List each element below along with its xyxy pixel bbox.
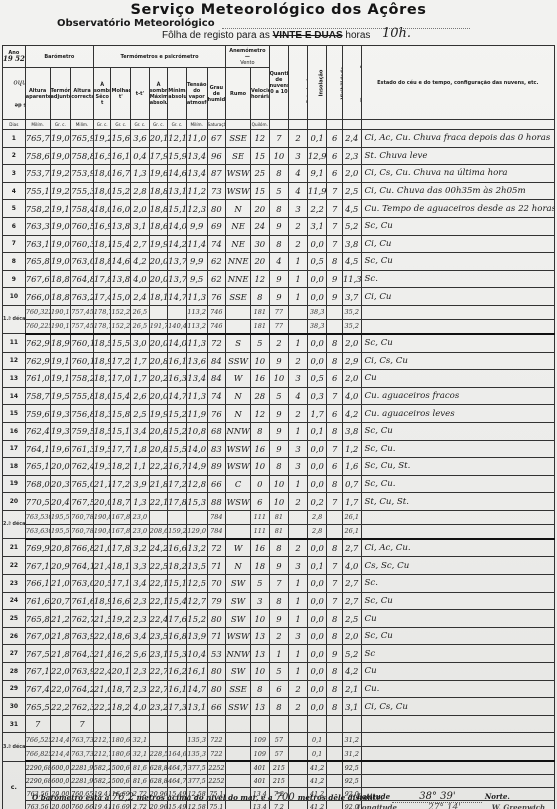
value-cell-seco: 22,2 bbox=[93, 698, 111, 716]
value-cell-visib: 7 bbox=[327, 387, 343, 405]
summary-cell: 228,5 bbox=[149, 747, 168, 762]
summary-cell: 35,2 bbox=[342, 319, 361, 334]
value-cell-alt_cor: 760,18 bbox=[71, 334, 94, 352]
summary-label: 3.ª década bbox=[3, 733, 26, 762]
observation-rows: 1765,7519,0765,9819,215,63,620,112,111,0… bbox=[3, 130, 555, 809]
day-cell: 13 bbox=[3, 370, 26, 388]
value-cell-evap: 2,4 bbox=[342, 130, 361, 148]
summary-cell: 766,825 bbox=[25, 747, 50, 762]
value-cell-rumo: N bbox=[226, 200, 251, 218]
value-cell-alt_cor: 765,98 bbox=[71, 130, 94, 148]
value-cell-tensao: 14,0 bbox=[186, 440, 207, 458]
sky-remark: Cu. Tempo de aguaceiros desde as 22 hora… bbox=[361, 200, 554, 218]
value-cell-alt_ap: 765,80 bbox=[25, 253, 50, 271]
table-row: 12762,9019,1760,1118,917,21,720,816,113,… bbox=[3, 352, 555, 370]
sky-remark: Ci, Cu. Chuva das 00h35m às 2h05m bbox=[361, 182, 554, 200]
sky-remark: Ci, Ac, Cu. bbox=[361, 539, 554, 557]
value-cell-rumo: WSW bbox=[226, 165, 251, 183]
value-cell-insol: 0,0 bbox=[307, 645, 327, 663]
value-cell-insol: 0,0 bbox=[307, 610, 327, 628]
value-cell-insol: 0,5 bbox=[307, 370, 327, 388]
value-cell-vel: 16 bbox=[250, 539, 269, 557]
value-cell-vel: 5 bbox=[250, 575, 269, 593]
value-cell-nuv: 2 bbox=[269, 334, 289, 352]
value-cell-alt_cor: 758,87 bbox=[71, 147, 94, 165]
day-cell: 22 bbox=[3, 557, 26, 575]
summary-cell: 2281,960 bbox=[71, 761, 94, 775]
value-cell-insol: 0,0 bbox=[307, 575, 327, 593]
value-cell-alt_ap: 758,65 bbox=[25, 147, 50, 165]
value-cell-dif: 2,5 bbox=[131, 405, 150, 423]
value-cell-humid: 73 bbox=[207, 182, 226, 200]
table-row: 24761,6520,7761,6018,916,62,322,115,412,… bbox=[3, 592, 555, 610]
value-cell-dif: 2,3 bbox=[131, 663, 150, 681]
value-cell-tensao: 11,3 bbox=[186, 334, 207, 352]
value-cell-molh: 15,5 bbox=[111, 334, 131, 352]
observatory-fill-line bbox=[222, 28, 470, 29]
value-cell-tensao: 11,3 bbox=[186, 288, 207, 306]
table-row: 29767,4022,0764,2421,018,72,322,716,114,… bbox=[3, 680, 555, 698]
value-cell-alt_ap: 765,80 bbox=[25, 610, 50, 628]
value-cell-min: 16,3 bbox=[168, 370, 187, 388]
day-cell: 11 bbox=[3, 334, 26, 352]
value-cell-mar: 3 bbox=[289, 627, 308, 645]
value-cell-mar: 2 bbox=[289, 698, 308, 716]
value-cell-molh: 17,0 bbox=[111, 370, 131, 388]
value-cell-alt_ap: 758,20 bbox=[25, 200, 50, 218]
value-cell-rumo: SSE bbox=[226, 130, 251, 148]
summary-cell: 32,1 bbox=[131, 733, 150, 747]
summary-cell: 2290,680 bbox=[25, 761, 50, 775]
header-visibility: Visibilidade bbox=[327, 46, 343, 120]
sky-remark: Sc, Cu. bbox=[361, 475, 554, 493]
day-cell: 19 bbox=[3, 475, 26, 493]
value-cell-nuv: 6 bbox=[269, 680, 289, 698]
value-cell-dif: 2,8 bbox=[131, 182, 150, 200]
table-row: 4755,1019,2755,3218,015,22,818,813,111,2… bbox=[3, 182, 555, 200]
summary-cell: 190,8 bbox=[93, 524, 111, 539]
value-cell-evap: 5,2 bbox=[342, 217, 361, 235]
value-cell-seco: 16,5 bbox=[93, 147, 111, 165]
value-cell-mar: 2 bbox=[289, 352, 308, 370]
value-cell-t_adj: 19,1 bbox=[50, 370, 71, 388]
table-row: 25765,8021,2762,7521,519,22,322,417,615,… bbox=[3, 610, 555, 628]
value-cell-visib: 7 bbox=[327, 182, 343, 200]
value-cell-alt_cor: 755,32 bbox=[71, 182, 94, 200]
value-cell-min: 17,3 bbox=[168, 698, 187, 716]
value-cell-insol: 0,0 bbox=[307, 627, 327, 645]
value-cell-nuv: 1 bbox=[269, 645, 289, 663]
summary-cell bbox=[226, 524, 251, 539]
value-cell-dif: 4,0 bbox=[131, 698, 150, 716]
sheet-label-prefix: Fôlha de registo para as bbox=[162, 30, 270, 41]
value-cell-tensao: 12,7 bbox=[186, 592, 207, 610]
value-cell-seco: 18,0 bbox=[93, 387, 111, 405]
value-cell-rumo: NNE bbox=[226, 270, 251, 288]
value-cell-dif: 3,2 bbox=[131, 539, 150, 557]
value-cell-mar: 1 bbox=[289, 334, 308, 352]
summary-label: 1.ª década bbox=[3, 305, 26, 334]
value-cell-visib: 8 bbox=[327, 422, 343, 440]
barometer-note: O barómetro está a 76,2 metros acima do … bbox=[32, 792, 383, 803]
value-cell-humid: 72 bbox=[207, 539, 226, 557]
day-cell: 5 bbox=[3, 200, 26, 218]
unit-cell: Saturação = 100 bbox=[207, 120, 226, 130]
day-cell: 2 bbox=[3, 147, 26, 165]
day-cell: 10 bbox=[3, 288, 26, 306]
value-cell-visib: 8 bbox=[327, 475, 343, 493]
value-cell-tensao: 9,9 bbox=[186, 253, 207, 271]
value-cell-alt_cor: 758,27 bbox=[71, 370, 94, 388]
value-cell-seco: 18,7 bbox=[93, 370, 111, 388]
value-cell-dif: 3,1 bbox=[131, 217, 150, 235]
summary-cell bbox=[327, 319, 343, 334]
sky-remark: Cu bbox=[361, 370, 554, 388]
value-cell-rumo: SE bbox=[226, 147, 251, 165]
value-cell-t_adj: 19,3 bbox=[50, 422, 71, 440]
summary-cell: 377,5 bbox=[186, 775, 207, 788]
value-cell-evap: 4,5 bbox=[342, 200, 361, 218]
value-cell-tensao: 15,2 bbox=[186, 610, 207, 628]
value-cell-max: 22,1 bbox=[149, 493, 168, 511]
sky-remark: Ci, Cs, Cu bbox=[361, 698, 554, 716]
summary-cell bbox=[226, 733, 251, 747]
summary-cell bbox=[149, 733, 168, 747]
value-cell-humid: 89 bbox=[207, 458, 226, 476]
summary-remark bbox=[361, 733, 554, 747]
sky-remark: Sc, Cu, St. bbox=[361, 458, 554, 476]
summary-cell bbox=[226, 775, 251, 788]
barometer-distance: 700 bbox=[275, 792, 295, 803]
value-cell-t_adj: 20,9 bbox=[50, 557, 71, 575]
summary-cell: 401 bbox=[250, 761, 269, 775]
summary-cell bbox=[226, 510, 251, 524]
value-cell-tensao: 13,2 bbox=[186, 539, 207, 557]
value-cell-alt_ap: 764,15 bbox=[25, 440, 50, 458]
value-cell-max: 18,8 bbox=[149, 182, 168, 200]
value-cell-humid: 68 bbox=[207, 422, 226, 440]
summary-cell: 212,7 bbox=[93, 747, 111, 762]
value-cell-t_adj: 22,0 bbox=[50, 663, 71, 681]
summary-remark bbox=[361, 775, 554, 788]
value-cell-max: 19,9 bbox=[149, 235, 168, 253]
value-cell-vel: 8 bbox=[250, 422, 269, 440]
value-cell-seco: 21,8 bbox=[93, 645, 111, 663]
value-cell-mar: 1 bbox=[289, 475, 308, 493]
value-cell-humid: 96 bbox=[207, 147, 226, 165]
value-cell-min: 14,0 bbox=[168, 334, 187, 352]
value-cell-vel: 10 bbox=[250, 458, 269, 476]
value-cell-dif: 2,4 bbox=[131, 288, 150, 306]
value-cell-seco: 18,3 bbox=[93, 405, 111, 423]
table-row: 17764,1519,6761,3019,517,71,820,815,514,… bbox=[3, 440, 555, 458]
value-cell-alt_ap: 767,00 bbox=[25, 627, 50, 645]
value-cell-seco: 19,5 bbox=[93, 440, 111, 458]
summary-cell: 212,7 bbox=[93, 733, 111, 747]
value-cell-humid: 87 bbox=[207, 165, 226, 183]
value-cell-mar: 3 bbox=[289, 147, 308, 165]
value-cell-tensao: 11,0 bbox=[186, 130, 207, 148]
value-cell-min bbox=[168, 715, 187, 733]
value-cell-tensao: 13,4 bbox=[186, 370, 207, 388]
value-cell-humid: 62 bbox=[207, 253, 226, 271]
value-cell-nuv: 9 bbox=[269, 217, 289, 235]
value-cell-insol: 0,0 bbox=[307, 475, 327, 493]
value-cell-rumo: N bbox=[226, 405, 251, 423]
value-cell-visib: 6 bbox=[327, 165, 343, 183]
value-cell-tensao: 13,5 bbox=[186, 557, 207, 575]
value-cell-min: 16,1 bbox=[168, 680, 187, 698]
value-cell-min: 14,7 bbox=[168, 288, 187, 306]
value-cell-evap: 2,7 bbox=[342, 539, 361, 557]
value-cell-seco: 18,0 bbox=[93, 200, 111, 218]
value-cell-insol: 0,0 bbox=[307, 334, 327, 352]
summary-cell: 81 bbox=[269, 510, 289, 524]
value-cell-evap: 2,9 bbox=[342, 352, 361, 370]
value-cell-dif: 5,6 bbox=[131, 645, 150, 663]
value-cell-tensao: 14,9 bbox=[186, 458, 207, 476]
value-cell-molh: 19,2 bbox=[111, 610, 131, 628]
value-cell-molh: 16,2 bbox=[111, 645, 131, 663]
value-cell-max: 22,5 bbox=[149, 557, 168, 575]
value-cell-mar: 1 bbox=[289, 645, 308, 663]
value-cell-t_adj: 20,7 bbox=[50, 592, 71, 610]
day-cell: 16 bbox=[3, 422, 26, 440]
sky-remark: Cu. aguaceiros leves bbox=[361, 405, 554, 423]
summary-cell bbox=[149, 510, 168, 524]
value-cell-mar: 1 bbox=[289, 575, 308, 593]
value-cell-insol: 12,9 bbox=[307, 147, 327, 165]
value-cell-seco: 17,4 bbox=[93, 288, 111, 306]
value-cell-humid bbox=[207, 715, 226, 733]
value-cell-insol: 2,2 bbox=[307, 200, 327, 218]
value-cell-humid: 80 bbox=[207, 200, 226, 218]
value-cell-molh: 16,0 bbox=[111, 200, 131, 218]
value-cell-insol: 0,1 bbox=[307, 557, 327, 575]
value-cell-min: 15,1 bbox=[168, 200, 187, 218]
value-cell-t_adj: 19,3 bbox=[50, 405, 71, 423]
sky-remark: Cu bbox=[361, 610, 554, 628]
value-cell-min: 15,2 bbox=[168, 405, 187, 423]
value-cell-vel: 16 bbox=[250, 440, 269, 458]
summary-cell: 191,7 bbox=[149, 319, 168, 334]
value-cell-insol: 0,0 bbox=[307, 440, 327, 458]
value-cell-rumo: SW bbox=[226, 575, 251, 593]
value-cell-alt_ap: 753,70 bbox=[25, 165, 50, 183]
value-cell-seco: 21,5 bbox=[93, 610, 111, 628]
value-cell-molh: 15,4 bbox=[111, 387, 131, 405]
value-cell-mar: 3 bbox=[289, 370, 308, 388]
value-cell-molh: 15,4 bbox=[111, 235, 131, 253]
value-cell-molh: 17,2 bbox=[111, 475, 131, 493]
value-cell-nuv: 5 bbox=[269, 663, 289, 681]
value-cell-t_adj: 19,0 bbox=[50, 235, 71, 253]
value-cell-molh: 17,7 bbox=[111, 440, 131, 458]
summary-cell bbox=[327, 733, 343, 747]
anemometer-group-header: Anemómetro—Vento bbox=[226, 46, 269, 68]
summary-row: c.2290,680600,02281,960582,2500,681,6628… bbox=[3, 761, 555, 775]
summary-cell: 2252 bbox=[207, 761, 226, 775]
table-row: 21769,9020,8766,8721,017,83,224,216,613,… bbox=[3, 539, 555, 557]
value-cell-alt_ap: 762,95 bbox=[25, 334, 50, 352]
longitude: Longitude 27° 14' W. Greenwich bbox=[357, 803, 545, 809]
table-row: 14758,7019,5755,8718,015,42,620,014,711,… bbox=[3, 387, 555, 405]
value-cell-seco: 18,9 bbox=[93, 592, 111, 610]
value-cell-dif: 2,3 bbox=[131, 592, 150, 610]
value-cell-alt_cor: 764,13 bbox=[71, 557, 94, 575]
summary-cell: 26,5 bbox=[131, 305, 150, 319]
value-cell-visib: 7 bbox=[327, 592, 343, 610]
value-cell-seco: 19,2 bbox=[93, 130, 111, 148]
summary-cell: 57 bbox=[269, 747, 289, 762]
value-cell-t_adj: 22,2 bbox=[50, 698, 71, 716]
value-cell-max: 22,4 bbox=[149, 610, 168, 628]
value-cell-visib: 9 bbox=[327, 270, 343, 288]
sky-remark: Sc, Cu bbox=[361, 334, 554, 352]
value-cell-insol: 0,3 bbox=[307, 387, 327, 405]
summary-cell: 181 bbox=[250, 305, 269, 319]
value-cell-tensao: 11,9 bbox=[186, 405, 207, 423]
value-cell-min: 16,1 bbox=[168, 352, 187, 370]
value-cell-insol: 9,1 bbox=[307, 165, 327, 183]
value-cell-t_adj: 20,4 bbox=[50, 493, 71, 511]
value-cell-max: 19,6 bbox=[149, 165, 168, 183]
unit-cell: Gr. c. bbox=[131, 120, 150, 130]
value-cell-evap: 1,6 bbox=[342, 458, 361, 476]
value-cell-dif: 0,4 bbox=[131, 147, 150, 165]
latitude: Latitude 38° 39' Norte. bbox=[357, 791, 510, 803]
value-cell-insol: 0,1 bbox=[307, 130, 327, 148]
value-cell-seco: 18,0 bbox=[93, 165, 111, 183]
value-cell-tensao: 9,9 bbox=[186, 217, 207, 235]
summary-cell: 195,5 bbox=[50, 524, 71, 539]
sky-remark: Sc. bbox=[361, 270, 554, 288]
summary-cell: 92,5 bbox=[342, 775, 361, 788]
summary-remark bbox=[361, 761, 554, 775]
value-cell-vel: 13 bbox=[250, 627, 269, 645]
value-cell-evap: 2,5 bbox=[342, 182, 361, 200]
value-cell-molh: 17,8 bbox=[111, 539, 131, 557]
value-cell-vel: 10 bbox=[250, 352, 269, 370]
header-min: Mínima absoluta bbox=[168, 68, 187, 120]
value-cell-alt_cor: 7 bbox=[71, 715, 94, 733]
summary-remark bbox=[361, 747, 554, 762]
value-cell-max: 20,2 bbox=[149, 370, 168, 388]
value-cell-evap: 3,7 bbox=[342, 288, 361, 306]
header-humidity: Grau de humidade bbox=[207, 68, 226, 120]
value-cell-min: 15,1 bbox=[168, 575, 187, 593]
value-cell-t_adj: 18,8 bbox=[50, 270, 71, 288]
value-cell-vel: 30 bbox=[250, 235, 269, 253]
value-cell-mar: 1 bbox=[289, 663, 308, 681]
summary-cell: 215 bbox=[269, 775, 289, 788]
value-cell-alt_ap: 762,40 bbox=[25, 422, 50, 440]
value-cell-nuv: 10 bbox=[269, 493, 289, 511]
summary-cell: 77 bbox=[269, 319, 289, 334]
summary-cell: 784 bbox=[207, 510, 226, 524]
value-cell-vel: 12 bbox=[250, 405, 269, 423]
value-cell-dif: 2,3 bbox=[131, 610, 150, 628]
value-cell-max: 20,8 bbox=[149, 440, 168, 458]
value-cell-alt_cor: 762,40 bbox=[71, 458, 94, 476]
value-cell-insol: 1,7 bbox=[307, 405, 327, 423]
value-cell-rumo: S bbox=[226, 334, 251, 352]
value-cell-evap: 2,7 bbox=[342, 592, 361, 610]
value-cell-min: 17,2 bbox=[168, 475, 187, 493]
value-cell-alt_ap: 765,55 bbox=[25, 698, 50, 716]
summary-cell: 582,2 bbox=[93, 775, 111, 788]
value-cell-min: 17,6 bbox=[168, 610, 187, 628]
value-cell-rumo: N bbox=[226, 387, 251, 405]
summary-cell bbox=[226, 319, 251, 334]
value-cell-dif bbox=[131, 715, 150, 733]
summary-cell: 109 bbox=[250, 733, 269, 747]
value-cell-rumo: NNW bbox=[226, 422, 251, 440]
value-cell-seco: 21,4 bbox=[93, 557, 111, 575]
value-cell-min: 15,3 bbox=[168, 645, 187, 663]
value-cell-alt_cor: 766,87 bbox=[71, 539, 94, 557]
value-cell-t_adj: 20,3 bbox=[50, 475, 71, 493]
sky-remark: Sc, Cu bbox=[361, 422, 554, 440]
value-cell-min: 16,8 bbox=[168, 627, 187, 645]
value-cell-dif: 2,0 bbox=[131, 200, 150, 218]
day-cell: 8 bbox=[3, 253, 26, 271]
sheet-hour-label: Fôlha de registo para as VINTE E DUAS ho… bbox=[162, 30, 370, 41]
table-row: 23766,1021,0763,0720,517,13,422,115,112,… bbox=[3, 575, 555, 593]
value-cell-max: 20,8 bbox=[149, 352, 168, 370]
summary-cell: 31,2 bbox=[342, 747, 361, 762]
sky-remark: St, Cu, St. bbox=[361, 493, 554, 511]
value-cell-rumo: SSE bbox=[226, 288, 251, 306]
value-cell-tensao: 13,4 bbox=[186, 165, 207, 183]
table-row: 15759,6519,3756,8418,315,82,519,915,211,… bbox=[3, 405, 555, 423]
unit-cell: Milím. bbox=[186, 120, 207, 130]
value-cell-seco: 16,9 bbox=[93, 217, 111, 235]
value-cell-t_adj bbox=[50, 715, 71, 733]
sky-remark: Ci, Cu bbox=[361, 235, 554, 253]
value-cell-rumo: WSW bbox=[226, 493, 251, 511]
value-cell-alt_cor: 767,52 bbox=[71, 493, 94, 511]
unit-cell bbox=[342, 120, 361, 130]
value-cell-mar: 1 bbox=[289, 253, 308, 271]
value-cell-max: 20,0 bbox=[149, 253, 168, 271]
value-cell-seco: 21,0 bbox=[93, 539, 111, 557]
value-cell-seco: 18,1 bbox=[93, 235, 111, 253]
summary-row: 1.ª década760,322190,1757,450178,7152,22… bbox=[3, 305, 555, 319]
value-cell-evap: 2,0 bbox=[342, 334, 361, 352]
value-cell-min: 16,7 bbox=[168, 458, 187, 476]
value-cell-mar: 3 bbox=[289, 200, 308, 218]
summary-cell: 401 bbox=[250, 775, 269, 788]
value-cell-seco: 18,8 bbox=[93, 253, 111, 271]
sky-remark: Sc, Cu bbox=[361, 592, 554, 610]
header-direction: Rumo bbox=[226, 68, 251, 120]
summary-cell bbox=[289, 775, 308, 788]
value-cell-min: 16,2 bbox=[168, 663, 187, 681]
value-cell-alt_ap: 761,05 bbox=[25, 370, 50, 388]
value-cell-humid: 88 bbox=[207, 493, 226, 511]
sky-remark: Sc, Cu bbox=[361, 253, 554, 271]
value-cell-vel: 6 bbox=[250, 493, 269, 511]
table-row: 27767,5021,8764,3921,816,25,623,115,310,… bbox=[3, 645, 555, 663]
value-cell-seco: 18,5 bbox=[93, 334, 111, 352]
value-cell-vel: 24 bbox=[250, 217, 269, 235]
value-cell-dif: 1,3 bbox=[131, 165, 150, 183]
value-cell-nuv: 9 bbox=[269, 610, 289, 628]
value-cell-alt_cor: 761,30 bbox=[71, 440, 94, 458]
summary-cell: 2290,680 bbox=[25, 775, 50, 788]
value-cell-molh: 13,8 bbox=[111, 217, 131, 235]
